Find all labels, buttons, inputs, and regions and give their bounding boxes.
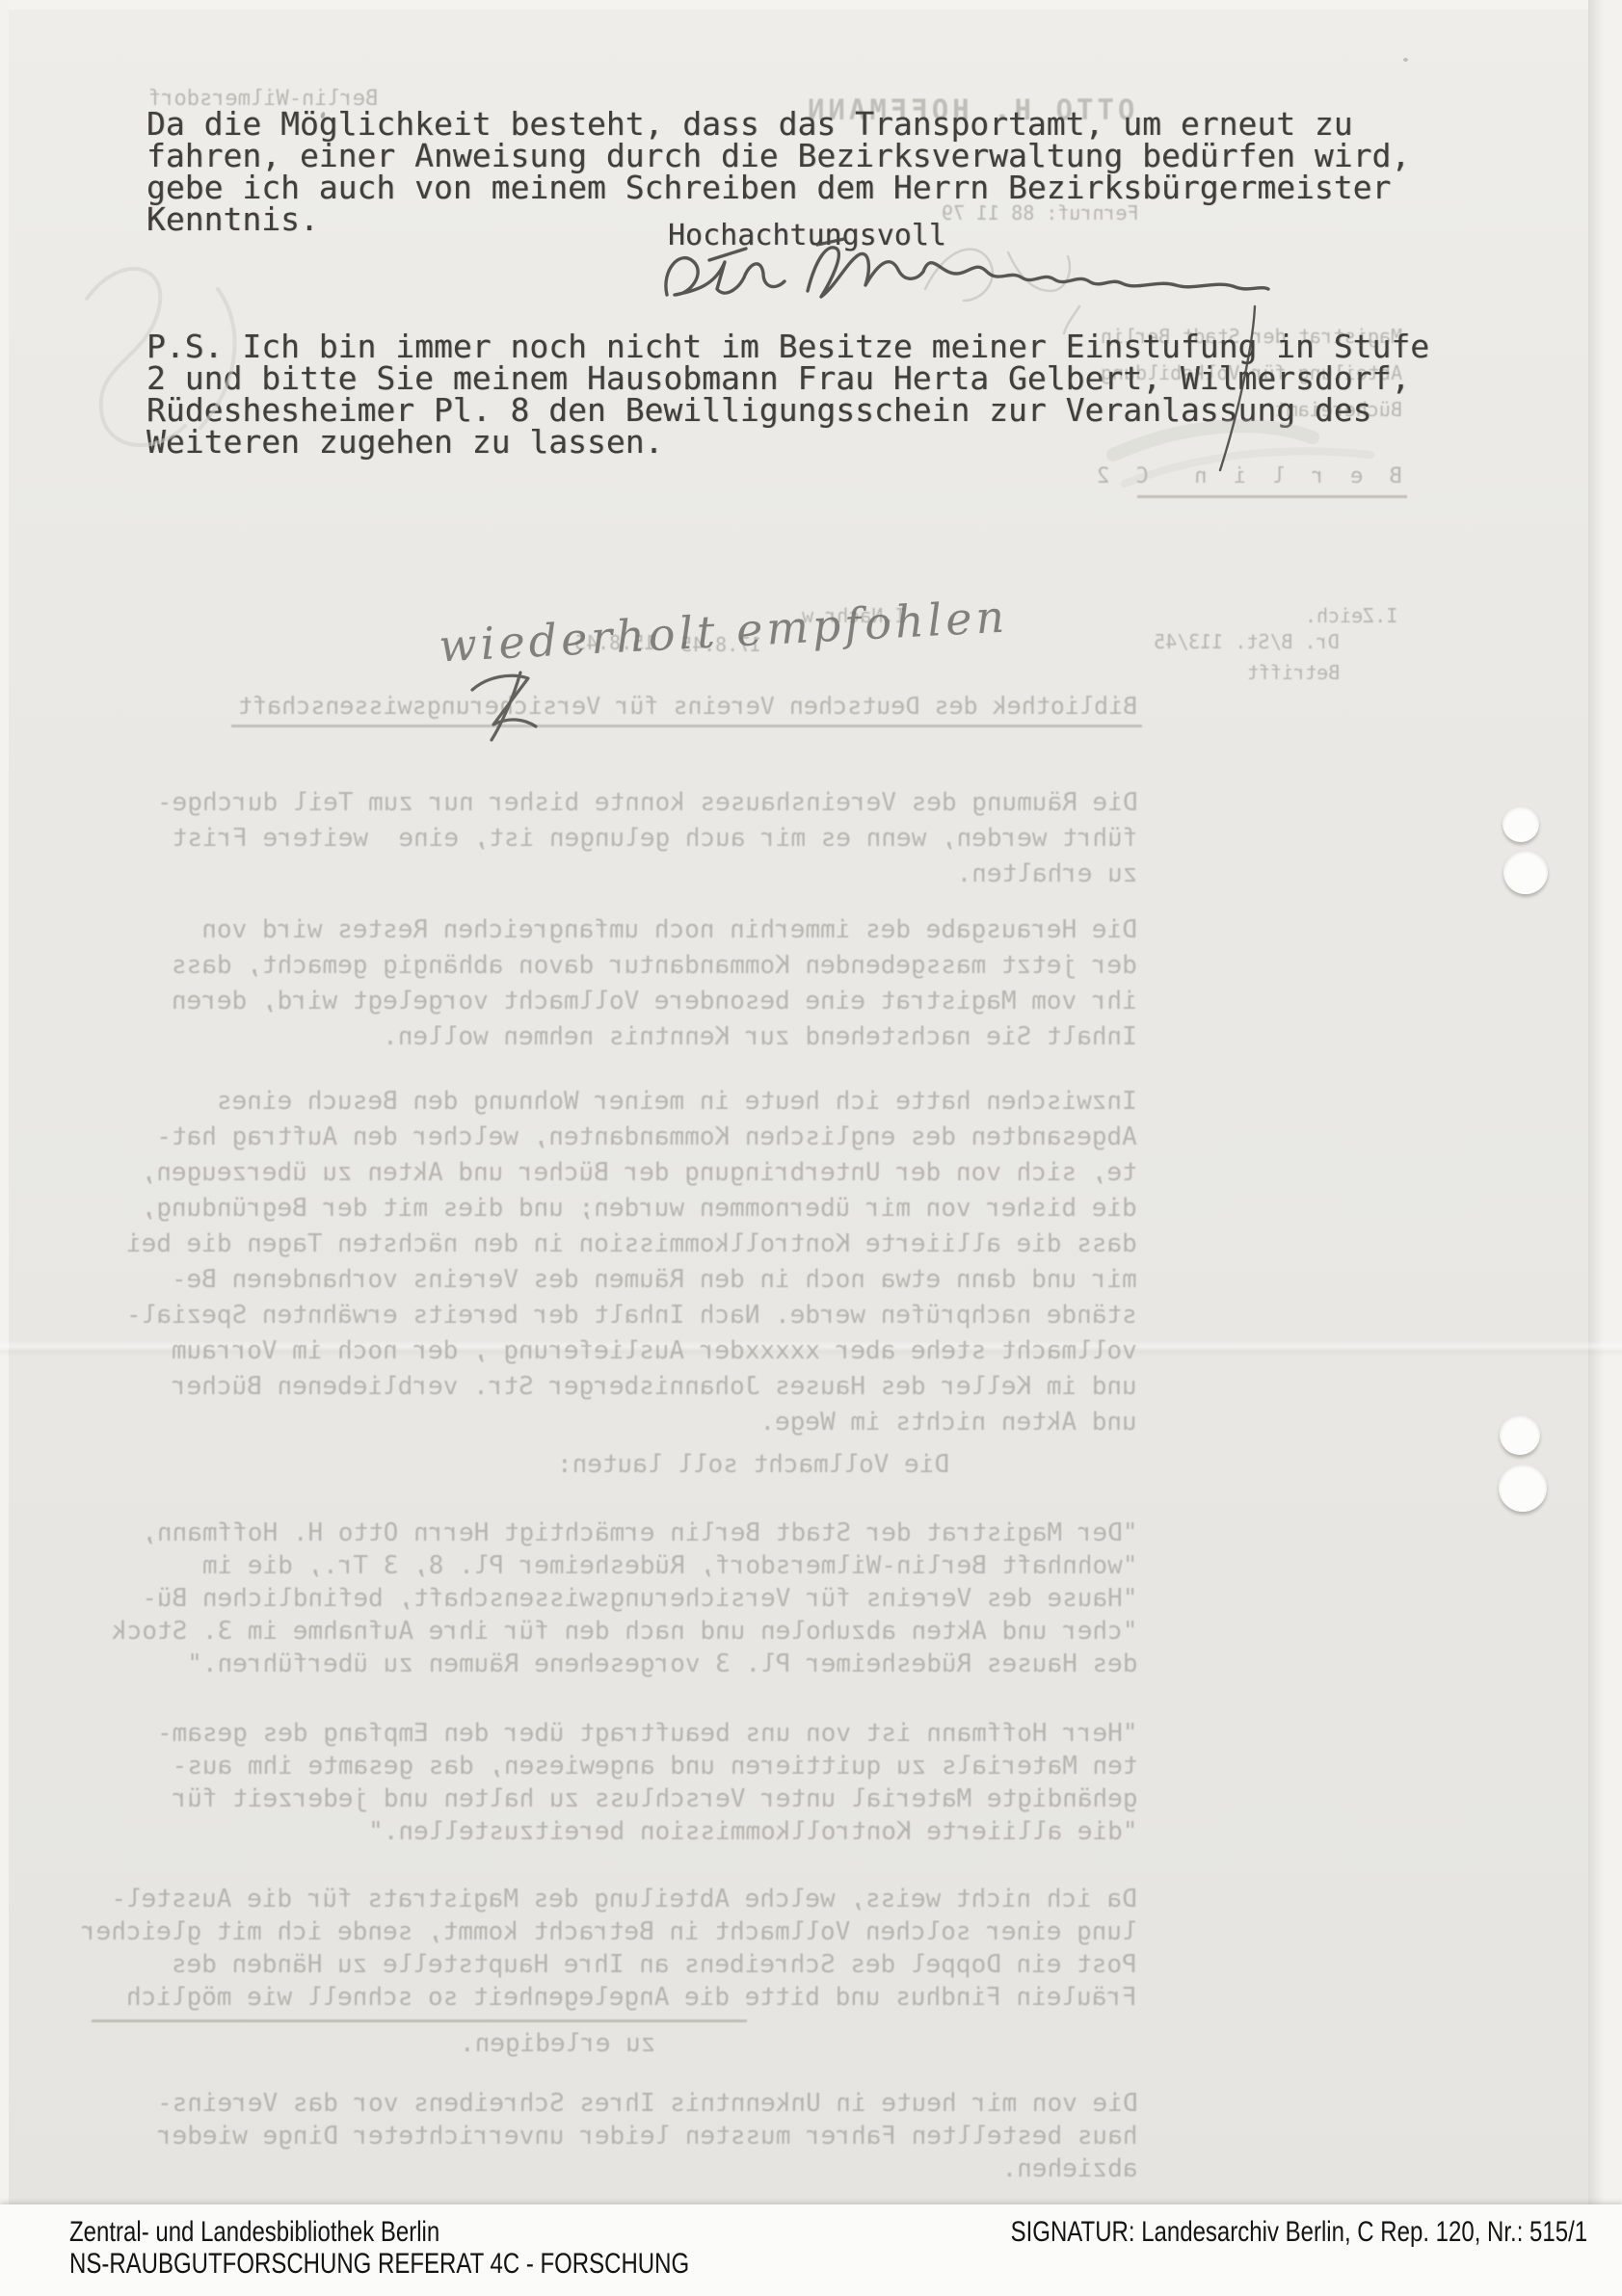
punch-hole: [1500, 1414, 1540, 1455]
pencil-scribble-top-right: [925, 250, 1079, 333]
bleed-paragraph-6: "Herr Hoffmann ist von uns beauftragt üb…: [157, 1717, 1137, 1848]
footer-signature-reference: SIGNATUR: Landesarchiv Berlin, C Rep. 12…: [1011, 2216, 1588, 2248]
paper-edge-top: [0, 0, 1622, 10]
bleed-paragraph-3: Inzwischen hatte ich heute in meiner Woh…: [126, 1084, 1137, 1440]
bleed-paragraph-1: Die Räumung des Vereinshauses konnte bis…: [157, 785, 1137, 892]
punch-hole: [1503, 850, 1548, 894]
paper-edge-right: [1588, 0, 1622, 2296]
bleed-paragraph-7-last: zu erledigen.: [460, 2027, 656, 2060]
footer-institution: Zentral- und Landesbibliothek Berlin NS-…: [69, 2216, 689, 2280]
bleed-paragraph-2: Die Herausgabe des immerhin noch umfangr…: [172, 912, 1137, 1055]
punch-hole: [1502, 805, 1539, 842]
paper-speck: [1403, 58, 1408, 62]
bleed-underline-subject: [231, 725, 1142, 727]
letter-body-paragraph: Da die Möglichkeit besteht, dass das Tra…: [146, 108, 1410, 235]
scanned-letter-page: Berlin-Wilmersdorf OTTO H. HOFFMANN Fern…: [0, 0, 1622, 2296]
bleed-subject: Bibliothek des Deutschen Vereins für Ver…: [238, 688, 1137, 724]
bleed-underline-paragraph-7: [92, 2019, 747, 2022]
bleed-paragraph-5: "Der Magistrat der Stadt Berlin ermächti…: [112, 1517, 1137, 1680]
punch-hole: [1499, 1464, 1547, 1512]
bleed-paragraph-8: Die von mir heute in Unkenntnis Ihres Sc…: [157, 2087, 1137, 2185]
letter-ps-paragraph: P.S. Ich bin immer noch nicht im Besitze…: [146, 330, 1429, 458]
bleed-paragraph-4: Die Vollmacht soll lauten:: [557, 1448, 949, 1481]
letter-closing: Hochachtungsvoll: [668, 220, 946, 251]
paper-edge-left: [0, 0, 9, 2296]
bleed-recipient-city: B e r l i n C 2: [1090, 459, 1402, 494]
bleed-underline-city: [1137, 495, 1407, 498]
footer-institution-line1: Zentral- und Landesbibliothek Berlin: [69, 2216, 439, 2248]
bleed-paragraph-7: Da ich nicht weiss, welche Abteilung des…: [81, 1883, 1137, 2014]
footer-institution-line2: NS-RAUBGUTFORSCHUNG REFERAT 4C - FORSCHU…: [69, 2248, 689, 2280]
bleed-subject-label: Betrifft: [1247, 654, 1340, 691]
